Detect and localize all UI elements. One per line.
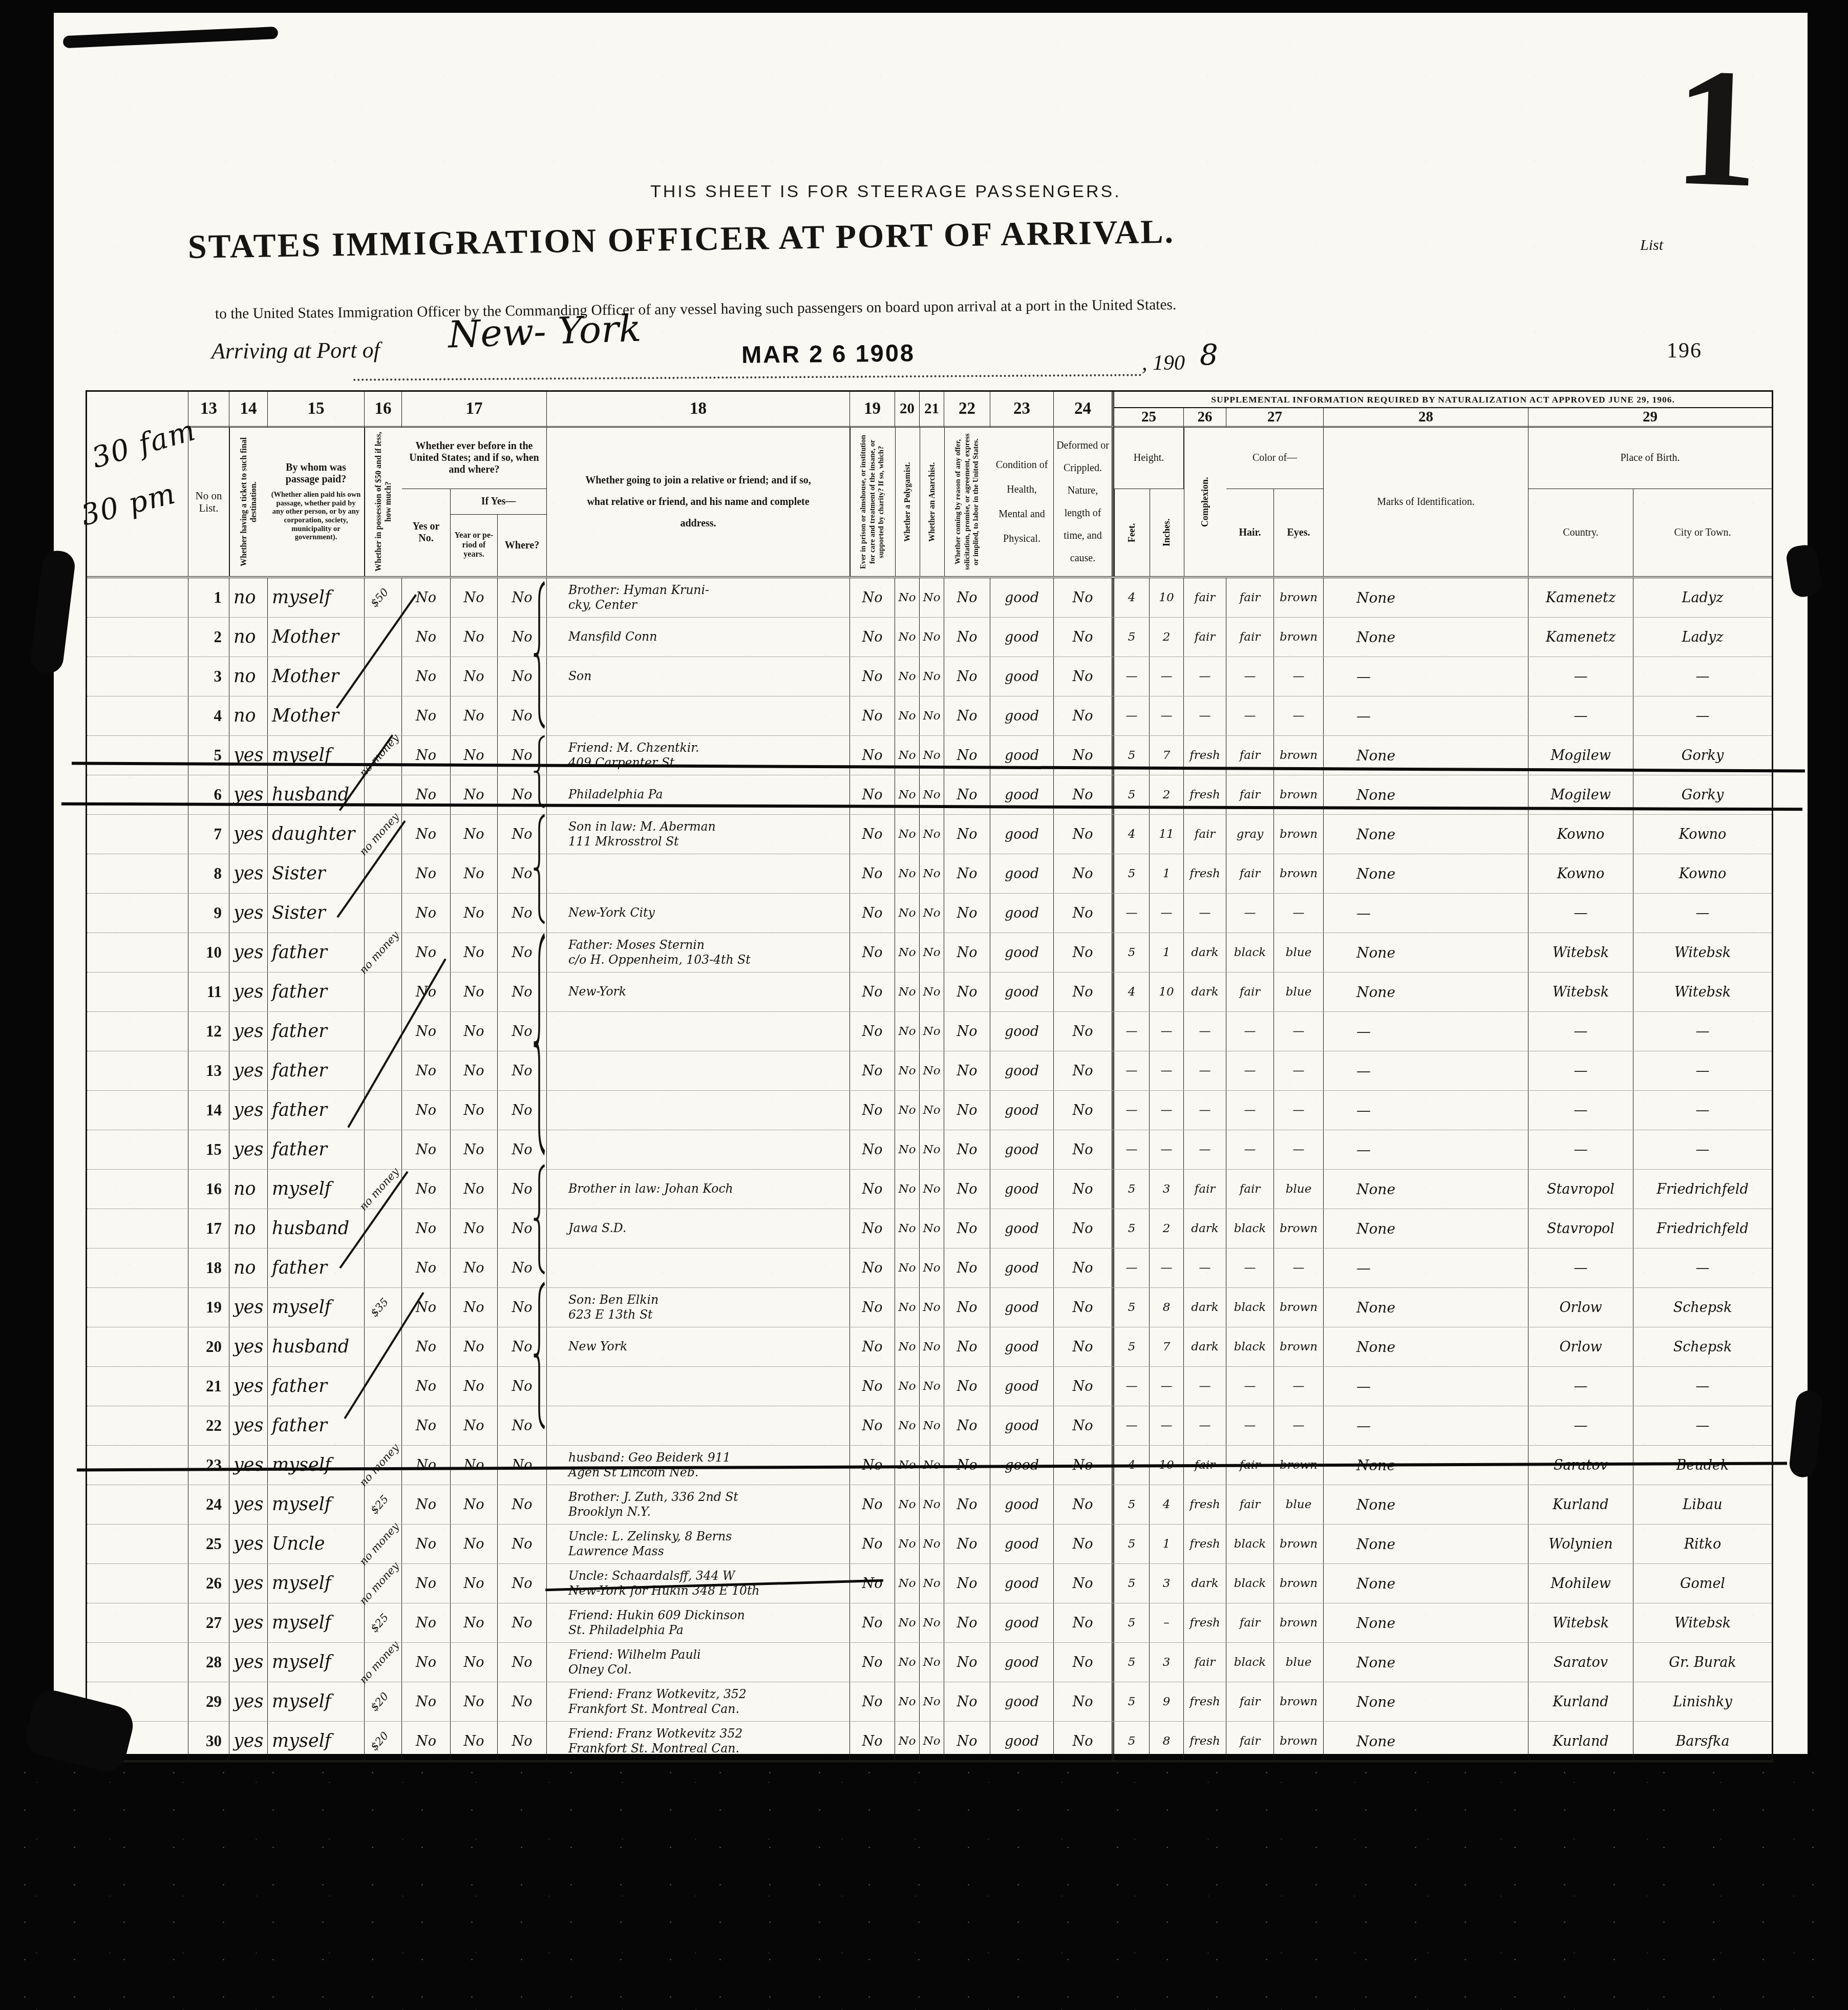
cell-margin	[87, 1525, 188, 1563]
manifest-row: 20 yes husband No No No New York No No N…	[87, 1327, 1772, 1367]
cell-height-inches: 3	[1150, 1170, 1184, 1209]
cell-money: $25	[365, 1603, 402, 1642]
cell-us-year: No	[451, 1643, 498, 1682]
cell-marks: None	[1324, 775, 1528, 814]
cell-complexion: dark	[1184, 1209, 1226, 1248]
cell-height-feet: 4	[1114, 578, 1150, 617]
manifest-row: 19 yes myself $35 No No No Son: Ben Elki…	[87, 1288, 1772, 1327]
cell-anarchist: No	[920, 894, 944, 933]
manifest-row: 26 yes myself no money No No No Uncle: S…	[87, 1564, 1772, 1603]
cell-height-inches: —	[1150, 657, 1184, 696]
cell-joining-relative	[547, 1406, 850, 1445]
cell-marks: None	[1324, 972, 1528, 1011]
cell-ticket: yes	[229, 894, 268, 933]
cell-height-inches: 7	[1150, 736, 1184, 775]
cell-birth-country: Orlow	[1528, 1327, 1633, 1366]
cell-joining-relative: Friend: M. Chzentkir. 409 Carpenter St	[547, 736, 850, 775]
cell-marks: None	[1324, 1682, 1528, 1721]
cell-polygamist: No	[895, 696, 920, 735]
cell-polygamist: No	[895, 1564, 920, 1603]
cell-us-where: No	[498, 854, 547, 893]
table-body: 1 no myself $50 No No No Brother: Hyman …	[87, 578, 1772, 1761]
cell-passage-paid-by: Sister	[268, 894, 365, 933]
cell-money	[365, 972, 402, 1011]
cell-money: no money	[365, 1643, 402, 1682]
cell-marks: —	[1324, 696, 1528, 735]
cell-birth-country: Orlow	[1528, 1288, 1633, 1327]
cell-hair-color: —	[1226, 696, 1274, 735]
cell-height-feet: 5	[1114, 854, 1150, 893]
cell-prison: No	[850, 657, 895, 696]
cell-ever-in-us: No	[402, 1406, 451, 1445]
form-subtitle: to the United States Immigration Officer…	[215, 297, 1177, 323]
cell-ticket: yes	[229, 972, 268, 1011]
cell-marks: None	[1324, 1485, 1528, 1524]
cell-marks: —	[1324, 1249, 1528, 1287]
cell-joining-relative	[547, 1012, 850, 1051]
cell-deformed: No	[1054, 1367, 1114, 1406]
cell-row-number: 27	[188, 1603, 229, 1642]
cell-us-where: No	[498, 1682, 547, 1721]
cell-money	[365, 894, 402, 933]
cell-contract-labor: No	[944, 1209, 990, 1248]
cell-anarchist: No	[920, 696, 944, 735]
cell-marks: None	[1324, 1525, 1528, 1563]
cell-hair-color: —	[1226, 1249, 1274, 1287]
col13-label: No on List.	[188, 428, 229, 576]
cell-eye-color: brown	[1274, 775, 1324, 814]
cell-money: no money	[365, 1170, 402, 1209]
cell-passage-paid-by: father	[268, 1012, 365, 1051]
cell-marks: None	[1324, 1327, 1528, 1366]
cell-ever-in-us: No	[402, 1525, 451, 1563]
cell-joining-relative: Son	[547, 657, 850, 696]
cell-us-year: No	[451, 972, 498, 1011]
cell-hair-color: —	[1226, 1051, 1274, 1090]
manifest-row: 22 yes father No No No No No No No good …	[87, 1406, 1772, 1446]
col25-feet: Feet.	[1114, 489, 1150, 576]
cell-height-inches: —	[1150, 894, 1184, 933]
cell-joining-relative	[547, 1130, 850, 1169]
cell-us-year: No	[451, 894, 498, 933]
cell-deformed: No	[1054, 972, 1114, 1011]
cell-birth-country: Stavropol	[1528, 1209, 1633, 1248]
cell-eye-color: blue	[1274, 933, 1324, 972]
cell-polygamist: No	[895, 1288, 920, 1327]
cell-passage-paid-by: Sister	[268, 854, 365, 893]
cell-deformed: No	[1054, 1170, 1114, 1209]
cell-marks: —	[1324, 1130, 1528, 1169]
manifest-row: 13 yes father No No No No No No No good …	[87, 1051, 1772, 1091]
cell-height-feet: 4	[1114, 972, 1150, 1011]
cell-passage-paid-by: father	[268, 972, 365, 1011]
cell-joining-relative: Uncle: L. Zelinsky, 8 Berns Lawrence Mas…	[547, 1525, 850, 1563]
cell-us-year: No	[451, 578, 498, 617]
cell-birth-city: —	[1633, 696, 1772, 735]
cell-ever-in-us: No	[402, 894, 451, 933]
col22-label: Whether coming by reason of any offer, s…	[944, 428, 990, 576]
cell-ever-in-us: No	[402, 1209, 451, 1248]
col14-label: Whether having a ticket to such final de…	[229, 428, 268, 576]
cell-deformed: No	[1054, 1091, 1114, 1130]
cell-money	[365, 1367, 402, 1406]
cell-ever-in-us: No	[402, 775, 451, 814]
cell-hair-color: black	[1226, 1643, 1274, 1682]
cell-row-number: 16	[188, 1170, 229, 1209]
cell-row-number: 13	[188, 1051, 229, 1090]
cell-anarchist: No	[920, 972, 944, 1011]
cell-polygamist: No	[895, 1643, 920, 1682]
cell-birth-city: —	[1633, 1051, 1772, 1090]
cell-contract-labor: No	[944, 775, 990, 814]
cell-birth-country: Mogilew	[1528, 775, 1633, 814]
col15-label: By whom was passage paid? (Whether alien…	[268, 428, 365, 576]
cell-passage-paid-by: myself	[268, 1170, 365, 1209]
table-header: 13 No on List. 14 Whether having a ticke…	[87, 392, 1772, 578]
cell-health: good	[990, 736, 1054, 775]
cell-marks: —	[1324, 1091, 1528, 1130]
cell-deformed: No	[1054, 854, 1114, 893]
cell-row-number: 1	[188, 578, 229, 617]
cell-anarchist: No	[920, 1209, 944, 1248]
cell-hair-color: —	[1226, 1406, 1274, 1445]
cell-polygamist: No	[895, 1249, 920, 1287]
cell-money	[365, 854, 402, 893]
cell-birth-country: Kamenetz	[1528, 618, 1633, 657]
cell-us-year: No	[451, 815, 498, 854]
cell-health: good	[990, 815, 1054, 854]
cell-birth-city: Witebsk	[1633, 972, 1772, 1011]
manifest-row: 5 yes myself no money No No No Friend: M…	[87, 736, 1772, 775]
cell-eye-color: brown	[1274, 1525, 1324, 1563]
cell-deformed: No	[1054, 1643, 1114, 1682]
cell-margin	[87, 1327, 188, 1366]
cell-prison: No	[850, 972, 895, 1011]
cell-money: $25	[365, 1485, 402, 1524]
cell-row-number: 18	[188, 1249, 229, 1287]
cell-us-where: No	[498, 933, 547, 972]
cell-joining-relative: Friend: Wilhelm Pauli Olney Col.	[547, 1643, 850, 1682]
cell-hair-color: fair	[1226, 1485, 1274, 1524]
cell-height-inches: 10	[1150, 578, 1184, 617]
cell-us-year: No	[451, 1288, 498, 1327]
cell-us-year: No	[451, 1485, 498, 1524]
cell-birth-city: Ladyz	[1633, 578, 1772, 617]
cell-complexion: dark	[1184, 1288, 1226, 1327]
cell-polygamist: No	[895, 933, 920, 972]
cell-birth-country: Kowno	[1528, 815, 1633, 854]
cell-complexion: fair	[1184, 1643, 1226, 1682]
cell-joining-relative	[547, 1249, 850, 1287]
cell-joining-relative: Mansfild Conn	[547, 618, 850, 657]
cell-complexion: —	[1184, 1367, 1226, 1406]
cell-ever-in-us: No	[402, 854, 451, 893]
cell-passage-paid-by: myself	[268, 1603, 365, 1642]
cell-polygamist: No	[895, 1012, 920, 1051]
cell-hair-color: gray	[1226, 815, 1274, 854]
cell-birth-city: Libau	[1633, 1485, 1772, 1524]
cell-polygamist: No	[895, 1051, 920, 1090]
cell-prison: No	[850, 1525, 895, 1563]
cell-joining-relative: Jawa S.D.	[547, 1209, 850, 1248]
cell-prison: No	[850, 1130, 895, 1169]
cell-joining-relative: Brother: Hyman Kruni- cky, Center	[547, 578, 850, 617]
cell-us-year: No	[451, 1012, 498, 1051]
cell-joining-relative: Uncle: Schaardalsff, 344 W New-York for …	[547, 1564, 850, 1603]
cell-deformed: No	[1054, 657, 1114, 696]
cell-deformed: No	[1054, 775, 1114, 814]
cell-ever-in-us: No	[402, 933, 451, 972]
cell-eye-color: —	[1274, 696, 1324, 735]
cell-contract-labor: No	[944, 1170, 990, 1209]
cell-hair-color: black	[1226, 1564, 1274, 1603]
cell-row-number: 4	[188, 696, 229, 735]
cell-height-feet: —	[1114, 1130, 1150, 1169]
cell-deformed: No	[1054, 933, 1114, 972]
cell-ever-in-us: No	[402, 1091, 451, 1130]
cell-money: no money	[365, 1525, 402, 1563]
cell-row-number: 2	[188, 618, 229, 657]
cell-passage-paid-by: daughter	[268, 815, 365, 854]
cell-height-inches: –	[1150, 1603, 1184, 1642]
cell-eye-color: brown	[1274, 736, 1324, 775]
cell-complexion: fresh	[1184, 1485, 1226, 1524]
manifest-row: 7 yes daughter no money No No No Son in …	[87, 815, 1772, 854]
cell-passage-paid-by: husband	[268, 1209, 365, 1248]
list-label: List	[1640, 237, 1663, 254]
cell-height-feet: 5	[1114, 775, 1150, 814]
cell-polygamist: No	[895, 657, 920, 696]
cell-joining-relative: Brother in law: Johan Koch	[547, 1170, 850, 1209]
cell-contract-labor: No	[944, 1327, 990, 1366]
cell-birth-country: —	[1528, 1367, 1633, 1406]
cell-contract-labor: No	[944, 1091, 990, 1130]
cell-margin	[87, 775, 188, 814]
cell-passage-paid-by: Uncle	[268, 1525, 365, 1563]
cell-passage-paid-by: Mother	[268, 657, 365, 696]
cell-height-feet: —	[1114, 1406, 1150, 1445]
cell-marks: None	[1324, 815, 1528, 854]
cell-joining-relative: Son: Ben Elkin 623 E 13th St	[547, 1288, 850, 1327]
cell-complexion: —	[1184, 657, 1226, 696]
cell-contract-labor: No	[944, 696, 990, 735]
cell-row-number: 25	[188, 1525, 229, 1563]
cell-height-feet: 4	[1114, 815, 1150, 854]
cell-height-inches: —	[1150, 1406, 1184, 1445]
cell-anarchist: No	[920, 775, 944, 814]
cell-contract-labor: No	[944, 1525, 990, 1563]
cell-health: good	[990, 618, 1054, 657]
col27-hair: Hair.	[1226, 489, 1274, 576]
cell-us-where: No	[498, 972, 547, 1011]
cell-health: good	[990, 1485, 1054, 1524]
cell-ticket: yes	[229, 1051, 268, 1090]
cell-us-year: No	[451, 696, 498, 735]
cell-birth-country: Saratov	[1528, 1643, 1633, 1682]
cell-deformed: No	[1054, 1249, 1114, 1287]
cell-us-year: No	[451, 1327, 498, 1366]
manifest-row: 28 yes myself no money No No No Friend: …	[87, 1643, 1772, 1682]
cell-margin	[87, 1249, 188, 1287]
cell-ticket: no	[229, 578, 268, 617]
cell-passage-paid-by: myself	[268, 1288, 365, 1327]
cell-money	[365, 775, 402, 814]
cell-contract-labor: No	[944, 854, 990, 893]
cell-ticket: yes	[229, 1446, 268, 1485]
cell-us-year: No	[451, 933, 498, 972]
cell-money	[365, 1327, 402, 1366]
film-noise	[0, 1754, 1848, 2010]
cell-prison: No	[850, 618, 895, 657]
cell-birth-country: —	[1528, 696, 1633, 735]
cell-birth-city: Gorky	[1633, 736, 1772, 775]
cell-complexion: —	[1184, 894, 1226, 933]
cell-prison: No	[850, 1209, 895, 1248]
money-note: $25	[368, 1611, 391, 1635]
cell-ticket: yes	[229, 1564, 268, 1603]
cell-margin	[87, 1643, 188, 1682]
cell-deformed: No	[1054, 696, 1114, 735]
cell-polygamist: No	[895, 1091, 920, 1130]
cell-eye-color: —	[1274, 1406, 1324, 1445]
money-note: $35	[368, 1296, 391, 1319]
cell-ever-in-us: No	[402, 1367, 451, 1406]
cell-polygamist: No	[895, 578, 920, 617]
cell-eye-color: blue	[1274, 972, 1324, 1011]
cell-health: good	[990, 1170, 1054, 1209]
cell-anarchist: No	[920, 578, 944, 617]
cell-margin	[87, 1406, 188, 1445]
manifest-row: 23 yes myself no money No No No husband:…	[87, 1446, 1772, 1485]
year-handwritten: 8	[1200, 338, 1218, 372]
col29-number: 29	[1528, 408, 1772, 428]
cell-money	[365, 657, 402, 696]
cell-margin	[87, 736, 188, 775]
cell-ticket: no	[229, 1209, 268, 1248]
cell-complexion: —	[1184, 1012, 1226, 1051]
cell-ticket: yes	[229, 1091, 268, 1130]
cell-prison: No	[850, 1170, 895, 1209]
cell-joining-relative	[547, 1051, 850, 1090]
col19-label: Ever in prison or almshouse, or institut…	[850, 428, 895, 576]
cell-hair-color: fair	[1226, 578, 1274, 617]
cell-contract-labor: No	[944, 578, 990, 617]
cell-passage-paid-by: myself	[268, 578, 365, 617]
cell-birth-country: —	[1528, 1012, 1633, 1051]
cell-health: good	[990, 775, 1054, 814]
year-printed: , 190	[1142, 351, 1185, 375]
cell-height-feet: 5	[1114, 1643, 1150, 1682]
cell-ever-in-us: No	[402, 1327, 451, 1366]
cell-passage-paid-by: father	[268, 933, 365, 972]
cell-prison: No	[850, 1643, 895, 1682]
cell-eye-color: brown	[1274, 1682, 1324, 1721]
cell-birth-city: —	[1633, 1091, 1772, 1130]
cell-birth-city: Witebsk	[1633, 933, 1772, 972]
cell-prison: No	[850, 1682, 895, 1721]
cell-birth-city: —	[1633, 1367, 1772, 1406]
cell-ticket: yes	[229, 736, 268, 775]
cell-money	[365, 1051, 402, 1090]
cell-prison: No	[850, 894, 895, 933]
cell-deformed: No	[1054, 894, 1114, 933]
cell-us-where: No	[498, 1012, 547, 1051]
cell-us-where: No	[498, 815, 547, 854]
cell-eye-color: brown	[1274, 1288, 1324, 1327]
cell-height-feet: —	[1114, 1367, 1150, 1406]
cell-row-number: 7	[188, 815, 229, 854]
cell-birth-country: Mogilew	[1528, 736, 1633, 775]
cell-margin	[87, 815, 188, 854]
cell-height-feet: —	[1114, 894, 1150, 933]
manifest-table: 13 No on List. 14 Whether having a ticke…	[86, 390, 1773, 1763]
cell-margin	[87, 1446, 188, 1485]
cell-deformed: No	[1054, 1406, 1114, 1445]
cell-health: good	[990, 1367, 1054, 1406]
col23-number: 23	[990, 392, 1054, 428]
cell-eye-color: blue	[1274, 1485, 1324, 1524]
manifest-row: 1 no myself $50 No No No Brother: Hyman …	[87, 578, 1772, 618]
cell-marks: —	[1324, 1012, 1528, 1051]
cell-us-year: No	[451, 657, 498, 696]
cell-birth-country: Kowno	[1528, 854, 1633, 893]
cell-birth-city: Friedrichfeld	[1633, 1209, 1772, 1248]
cell-us-year: No	[451, 1367, 498, 1406]
cell-health: good	[990, 1012, 1054, 1051]
cell-us-where: No	[498, 1603, 547, 1642]
cell-margin	[87, 1051, 188, 1090]
col15-subtitle: (Whether alien paid his own passage, whe…	[270, 491, 362, 542]
col13-number: 13	[188, 392, 229, 428]
cell-passage-paid-by: father	[268, 1051, 365, 1090]
cell-ever-in-us: No	[402, 1603, 451, 1642]
cell-passage-paid-by: husband	[268, 1327, 365, 1366]
cell-birth-city: Kowno	[1633, 854, 1772, 893]
cell-us-year: No	[451, 736, 498, 775]
cell-margin	[87, 1485, 188, 1524]
cell-polygamist: No	[895, 736, 920, 775]
cell-height-inches: 1	[1150, 854, 1184, 893]
cell-ever-in-us: No	[402, 618, 451, 657]
col18-number: 18	[547, 392, 850, 428]
cell-anarchist: No	[920, 618, 944, 657]
cell-ticket: yes	[229, 1327, 268, 1366]
cell-margin	[87, 1091, 188, 1130]
cell-us-year: No	[451, 1603, 498, 1642]
cell-us-where: No	[498, 1249, 547, 1287]
margin-column	[87, 392, 188, 576]
cell-eye-color: brown	[1274, 578, 1324, 617]
cell-birth-city: Gr. Burak	[1633, 1643, 1772, 1682]
cell-contract-labor: No	[944, 1643, 990, 1682]
cell-deformed: No	[1054, 1209, 1114, 1248]
cell-health: good	[990, 657, 1054, 696]
cell-polygamist: No	[895, 1446, 920, 1485]
manifest-row: 11 yes father No No No New-York No No No…	[87, 972, 1772, 1012]
manifest-sheet: THIS SHEET IS FOR STEERAGE PASSENGERS. 1…	[54, 13, 1808, 1754]
cell-us-where: No	[498, 1525, 547, 1563]
cell-hair-color: —	[1226, 894, 1274, 933]
cell-deformed: No	[1054, 815, 1114, 854]
cell-joining-relative: Friend: Franz Wotkevitz, 352 Frankfort S…	[547, 1682, 850, 1721]
cell-polygamist: No	[895, 1406, 920, 1445]
cell-health: good	[990, 1209, 1054, 1248]
cell-contract-labor: No	[944, 815, 990, 854]
col15-title: By whom was passage paid?	[270, 462, 362, 485]
cell-contract-labor: No	[944, 1406, 990, 1445]
cell-polygamist: No	[895, 618, 920, 657]
cell-complexion: fresh	[1184, 736, 1226, 775]
